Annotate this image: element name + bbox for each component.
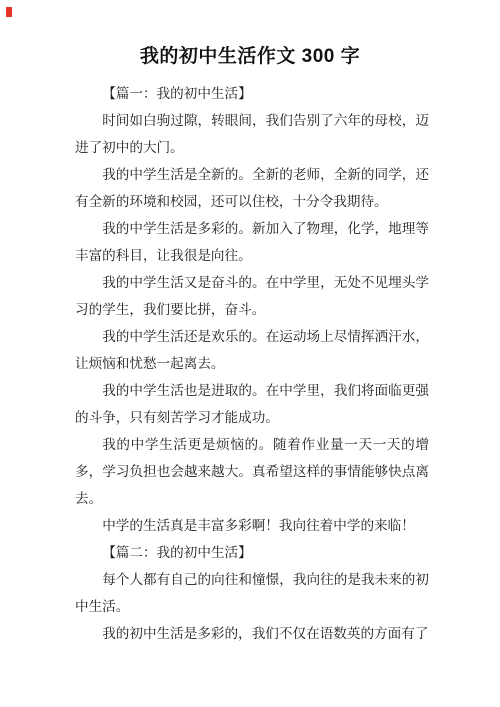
body-paragraph: 我的中学生活又是奋斗的。在中学里，无处不见埋头学习的学生，我们要比拼，奋斗。 — [75, 269, 429, 323]
document-page: 我的初中生活作文 300 字 【篇一：我的初中生活】 时间如白驹过隙，转眼间，我… — [0, 0, 500, 707]
body-paragraph: 我的中学生活更是烦恼的。随着作业量一天一天的增多，学习负担也会越来越大。真希望这… — [75, 431, 429, 512]
body-paragraph: 中学的生活真是丰富多彩啊！我向往着中学的来临！ — [75, 512, 429, 539]
section-1-heading: 【篇一：我的初中生活】 — [75, 80, 429, 107]
document-body: 【篇一：我的初中生活】 时间如白驹过隙，转眼间，我们告别了六年的母校，迈进了初中… — [0, 80, 500, 647]
section-2-heading: 【篇二：我的初中生活】 — [75, 539, 429, 566]
body-paragraph: 每个人都有自己的向往和憧憬，我向往的是我未来的初中生活。 — [75, 566, 429, 620]
body-paragraph: 我的中学生活是全新的。全新的老师，全新的同学，还有全新的环境和校园，还可以住校，… — [75, 161, 429, 215]
document-title: 我的初中生活作文 300 字 — [0, 0, 500, 70]
body-paragraph: 我的中学生活是多彩的。新加入了物理，化学，地理等丰富的科目，让我很是向往。 — [75, 215, 429, 269]
body-paragraph: 时间如白驹过隙，转眼间，我们告别了六年的母校，迈进了初中的大门。 — [75, 107, 429, 161]
red-corner-marker — [6, 7, 12, 17]
body-paragraph: 我的中学生活还是欢乐的。在运动场上尽情挥洒汗水，让烦恼和忧愁一起离去。 — [75, 323, 429, 377]
body-paragraph: 我的中学生活也是进取的。在中学里，我们将面临更强的斗争，只有刻苦学习才能成功。 — [75, 377, 429, 431]
body-paragraph: 我的初中生活是多彩的，我们不仅在语数英的方面有了 — [75, 620, 429, 647]
